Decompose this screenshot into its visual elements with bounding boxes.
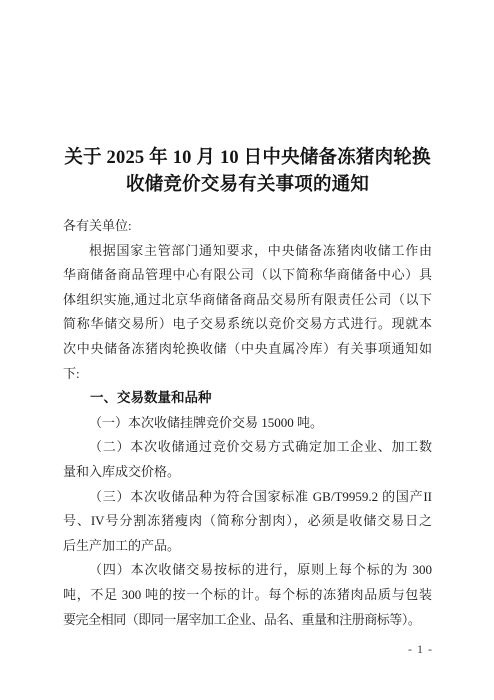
section-heading: 一、交易数量和品种 (63, 386, 432, 411)
text-line: 各有关单位: (63, 214, 432, 239)
document-body: 各有关单位:根据国家主管部门通知要求，中央储备冻猪肉收储工作由华商储备商品管理中… (63, 214, 432, 632)
document-title-line-2: 收储竞价交易有关事项的通知 (63, 172, 432, 199)
document-page: 关于 2025 年 10 月 10 日中央储备冻猪肉轮换 收储竞价交易有关事项的… (0, 0, 494, 700)
text-line: 根据国家主管部门通知要求，中央储备冻猪肉收储工作由 (63, 239, 432, 264)
text-line: 要完全相同（即同一屠宰加工企业、品名、重量和注册商标等）。 (63, 608, 432, 633)
text-line: 量和入库成交价格。 (63, 460, 432, 485)
page-number: - 1 - (408, 642, 433, 657)
document-content: 关于 2025 年 10 月 10 日中央储备冻猪肉轮换 收储竞价交易有关事项的… (63, 145, 432, 632)
text-line: （三）本次收储品种为符合国家标准 GB/T9959.2 的国产II (63, 485, 432, 510)
text-line: 下: (63, 362, 432, 387)
text-line: （一）本次收储挂牌竞价交易 15000 吨。 (63, 411, 432, 436)
text-line: 后生产加工的产品。 (63, 534, 432, 559)
text-line: 吨，不足 300 吨的按一个标的计。每个标的冻猪肉品质与包装 (63, 583, 432, 608)
document-title: 关于 2025 年 10 月 10 日中央储备冻猪肉轮换 收储竞价交易有关事项的… (63, 145, 432, 198)
text-line: 华商储备商品管理中心有限公司（以下简称华商储备中心）具 (63, 263, 432, 288)
text-line: （四）本次收储交易按标的进行，原则上每个标的为 300 (63, 558, 432, 583)
document-title-line-1: 关于 2025 年 10 月 10 日中央储备冻猪肉轮换 (63, 145, 432, 172)
text-line: （二）本次收储通过竞价交易方式确定加工企业、加工数 (63, 435, 432, 460)
text-line: 简称华储交易所）电子交易系统以竞价交易方式进行。现就本 (63, 312, 432, 337)
text-line: 次中央储备冻猪肉轮换收储（中央直属冷库）有关事项通知如 (63, 337, 432, 362)
text-line: 体组织实施,通过北京华商储备商品交易所有限责任公司（以下 (63, 288, 432, 313)
text-line: 号、IV号分割冻猪瘦肉（简称分割肉），必须是收储交易日之 (63, 509, 432, 534)
